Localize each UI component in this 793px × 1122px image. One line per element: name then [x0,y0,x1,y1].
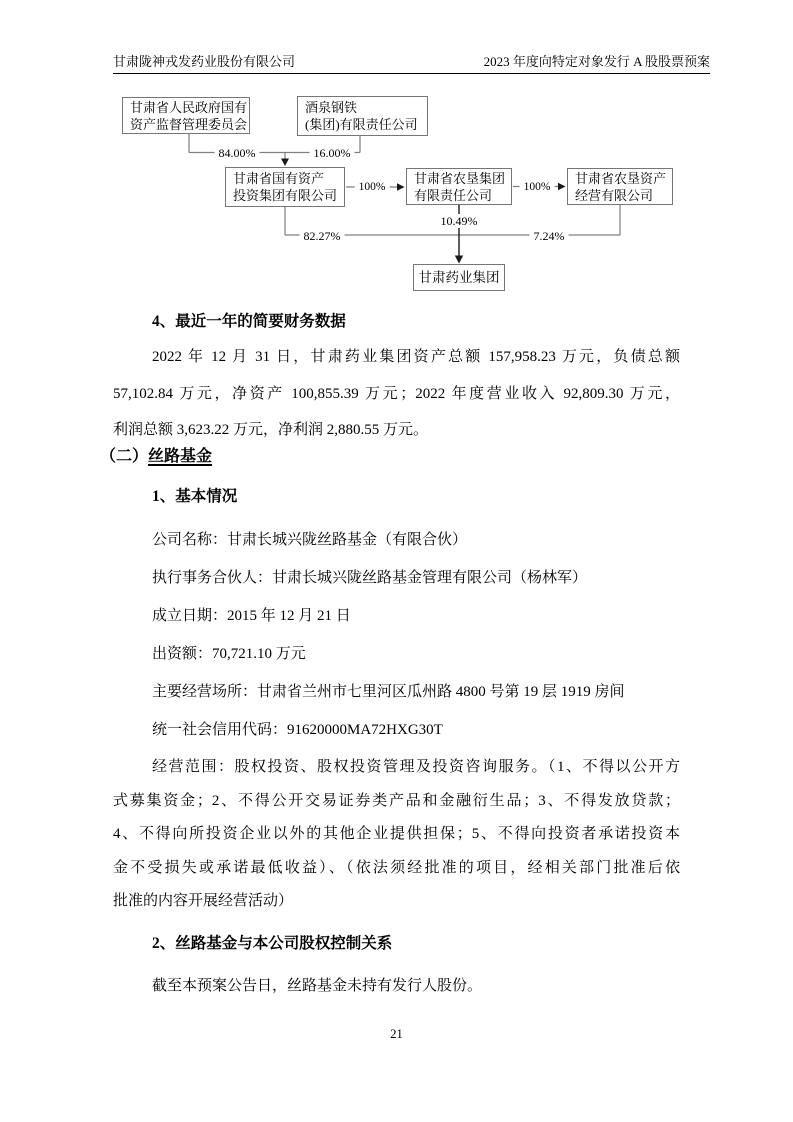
document-page: 甘肃陇神戎发药业股份有限公司 2023 年度向特定对象发行 A 股股票预案 甘肃… [0,0,793,1122]
org-node-pharma-group: 甘肃药业集团 [413,264,505,291]
section-4-heading: 4、最近一年的简要财务数据 [152,312,346,332]
edge-label-7-percent: 7.24% [530,229,569,243]
edge-label-82-percent: 82.27% [300,229,345,243]
edge-label-16-percent: 16.00% [310,146,355,160]
arrow-down-icon [281,159,289,167]
org-node-state-asset-investment: 甘肃省国有资产 投资集团有限公司 [225,167,345,207]
paragraph-line: 2022 年 12 月 31 日，甘肃药业集团资产总额 157,958.23 万… [113,339,680,376]
subsection-1-heading: 1、基本情况 [152,487,237,507]
section-2-heading: （二）丝路基金 [100,446,212,468]
paragraph-line: 57,102.84 万元，净资产 100,855.39 万元；2022 年度营业… [113,376,680,413]
page-number: 21 [0,1026,793,1042]
fund-info-list: 公司名称：甘肃长城兴陇丝路基金（有限合伙） 执行事务合伙人：甘肃长城兴陇丝路基金… [152,521,625,749]
paragraph-line: 利润总额 3,623.22 万元，净利润 2,880.55 万元。 [113,412,680,449]
business-scope-paragraph: 经营范围：股权投资、股权投资管理及投资咨询服务。（1、不得以公开方 式募集资金；… [113,751,680,919]
silk-road-fund-title: 丝路基金 [148,448,212,465]
section-2-number: （二） [100,448,148,465]
section-4-paragraph: 2022 年 12 月 31 日，甘肃药业集团资产总额 157,958.23 万… [113,339,680,449]
org-node-nongken-group: 甘肃省农垦集团 有限责任公司 [406,168,512,205]
org-node-nongken-assets: 甘肃省农垦资产 经营有限公司 [567,168,673,205]
org-chart-connectors [0,0,793,300]
shareholding-statement: 截至本预案公告日，丝路基金未持有发行人股份。 [152,976,482,996]
arrow-right-icon [558,183,566,191]
edge-label-84-percent: 84.00% [215,146,260,160]
org-node-jiuquan-steel: 酒泉钢铁 (集团)有限责任公司 [297,96,428,136]
fund-info-establish-date: 成立日期：2015 年 12 月 21 日 [152,597,625,635]
arrow-down-icon [455,256,463,264]
fund-info-credit-code: 统一社会信用代码：91620000MA72HXG30T [152,711,625,749]
edge-label-100-percent: 100% [355,180,390,194]
org-node-sasac: 甘肃省人民政府国有 资产监督管理委员会 [122,97,250,134]
fund-info-address: 主要经营场所：甘肃省兰州市七里河区瓜州路 4800 号第 19 层 1919 房… [152,673,625,711]
arrow-right-icon [397,183,405,191]
paragraph-line: 金不受损失或承诺最低收益）、（依法须经批准的项目，经相关部门批准后依 [113,852,680,886]
paragraph-line: 批准的内容开展经营活动） [113,885,680,919]
fund-info-capital: 出资额：70,721.10 万元 [152,635,625,673]
fund-info-executive-partner: 执行事务合伙人：甘肃长城兴陇丝路基金管理有限公司（杨林军） [152,559,625,597]
edge-label-10-percent: 10.49% [437,214,482,228]
fund-info-company-name: 公司名称：甘肃长城兴陇丝路基金（有限合伙） [152,521,625,559]
paragraph-line: 式募集资金；2、不得公开交易证券类产品和金融衍生品；3、不得发放贷款； [113,785,680,819]
subsection-2-heading: 2、丝路基金与本公司股权控制关系 [152,934,392,954]
paragraph-line: 4、不得向所投资企业以外的其他企业提供担保；5、不得向投资者承诺投资本 [113,818,680,852]
edge-label-100-percent: 100% [520,180,555,194]
paragraph-line: 经营范围：股权投资、股权投资管理及投资咨询服务。（1、不得以公开方 [113,751,680,785]
